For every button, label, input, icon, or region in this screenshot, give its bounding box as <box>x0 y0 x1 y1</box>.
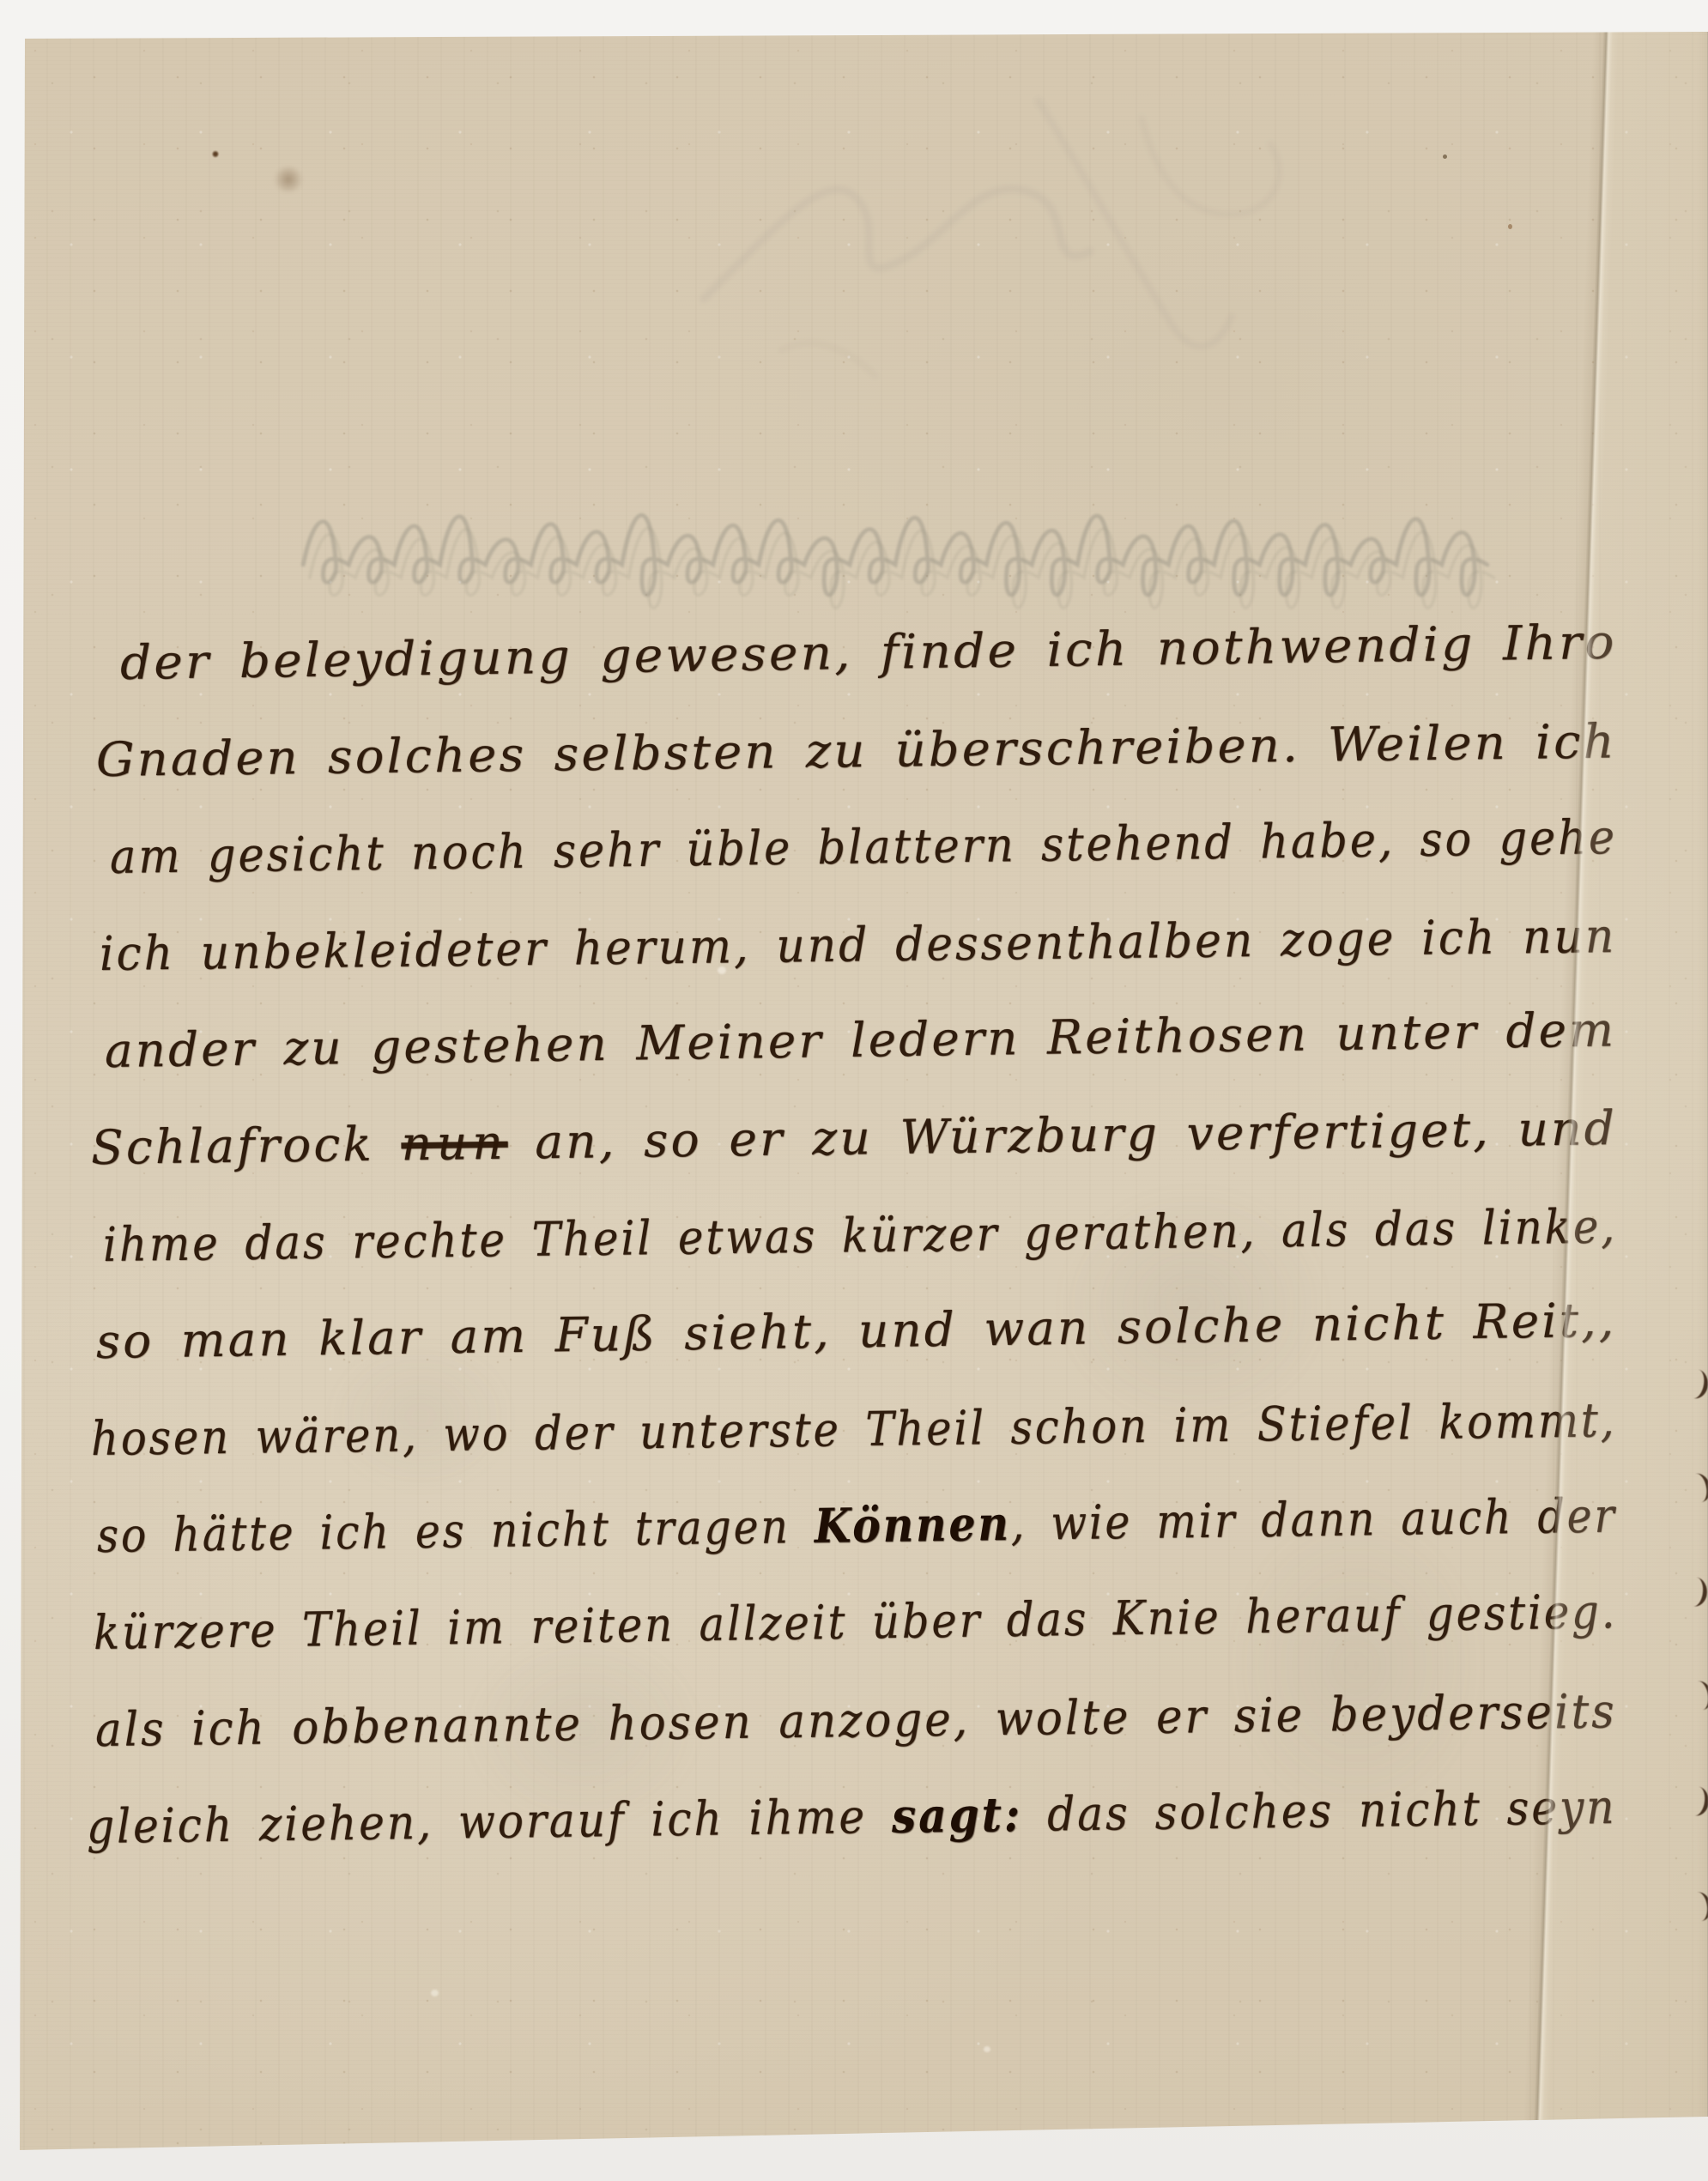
text-line: gleich ziehen, worauf ich ihme sagt: das… <box>87 1781 1617 1852</box>
text-line: Schlafrock nun an, so er zu Würzburg ver… <box>91 1102 1618 1173</box>
line-text: so man klar am Fuß sieht, und wan solche… <box>96 1293 1617 1369</box>
line-text: Gnaden solches selbsten zu überschreiben… <box>96 713 1618 787</box>
line-text: am gesicht noch sehr üble blattern stehe… <box>110 809 1618 884</box>
text-line: Gnaden solches selbsten zu überschreiben… <box>96 715 1617 785</box>
emphasized-word: sagt: <box>891 1786 1022 1844</box>
text-line: am gesicht noch sehr üble blattern stehe… <box>110 811 1618 882</box>
text-line: ihme das rechte Theil etwas kürzer gerat… <box>103 1200 1618 1270</box>
line-text: an, so er zu Würzburg verfertiget, und <box>507 1100 1617 1170</box>
line-text: kürzere Theil im reiten allzeit über das… <box>94 1584 1618 1660</box>
line-text: , wie mir dann auch der <box>1010 1488 1617 1551</box>
line-text: das solches nicht seyn <box>1022 1779 1617 1842</box>
text-line: ander zu gestehen Meiner ledern Reithose… <box>105 1003 1617 1076</box>
letter-page: der beleydigung gewesen, finde ich nothw… <box>0 0 1708 2181</box>
line-text: Schlafrock <box>91 1116 402 1175</box>
text-line: der beleydigung gewesen, finde ich nothw… <box>120 616 1617 688</box>
text-line: so hätte ich es nicht tragen Können, wie… <box>97 1490 1617 1561</box>
scanned-letter-screenshot: { "document_type": "18th-century handwri… <box>0 0 1708 2181</box>
text-line: ich unbekleideter herum, und dessenthalb… <box>100 910 1617 979</box>
line-text: als ich obbenannte hosen anzoge, wolte e… <box>95 1683 1617 1757</box>
text-line: kürzere Theil im reiten allzeit über das… <box>94 1585 1618 1658</box>
line-text: gleich ziehen, worauf ich ihme <box>87 1789 893 1854</box>
line-text: so hätte ich es nicht tragen <box>97 1499 815 1563</box>
line-text: ihme das rechte Theil etwas kürzer gerat… <box>103 1198 1618 1272</box>
text-line: so man klar am Fuß sieht, und wan solche… <box>96 1294 1617 1367</box>
line-text: hosen wären, wo der unterste Theil schon… <box>91 1392 1617 1466</box>
text-line: als ich obbenannte hosen anzoge, wolte e… <box>95 1685 1617 1755</box>
line-text: ich unbekleideter herum, und dessenthalb… <box>100 908 1617 981</box>
line-text: ander zu gestehen Meiner ledern Reithose… <box>105 1002 1617 1078</box>
struck-word: nun <box>401 1115 508 1172</box>
text-line: hosen wären, wo der unterste Theil schon… <box>91 1394 1617 1464</box>
line-text: der beleydigung gewesen, finde ich nothw… <box>120 615 1618 690</box>
manuscript-text: der beleydigung gewesen, finde ich nothw… <box>0 0 1708 2181</box>
emphasized-word: Können <box>814 1495 1011 1554</box>
